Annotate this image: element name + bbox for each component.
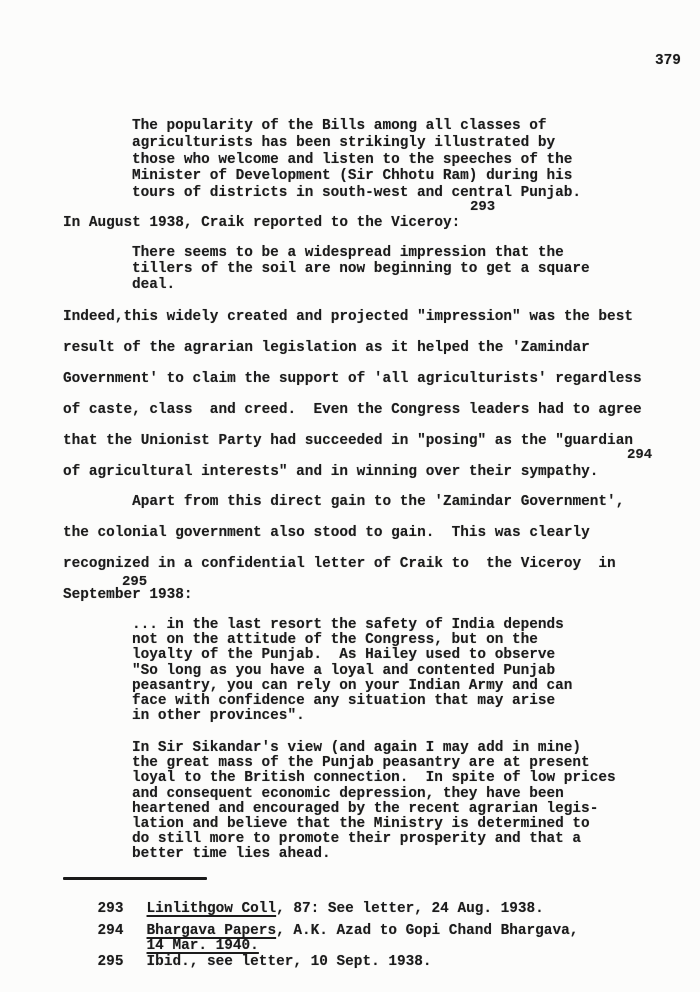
footnote-separator [63, 877, 207, 880]
page-number: 379 [655, 53, 681, 69]
paragraph-august-1938: In August 1938, Craik reported to the Vi… [63, 215, 460, 231]
block-quote-sikandar-view: In Sir Sikandar's view (and again I may … [132, 741, 616, 863]
block-quote-square-deal: There seems to be a widespread impressio… [132, 245, 590, 293]
block-quote-popularity: The popularity of the Bills among all cl… [132, 118, 581, 202]
scanned-page: 379 The popularity of the Bills among al… [0, 0, 700, 992]
footnote-ref-293: 293 [470, 199, 495, 215]
footnote-number: 295 [98, 955, 147, 970]
footnote-ref-295: 295 [122, 574, 147, 590]
footnote-text: , A.K. Azad to Gopi Chand Bhargava, [276, 923, 578, 939]
footnote-text: Ibid., see letter, 10 Sept. 1938. [147, 954, 432, 970]
paragraph-indeed-impression: Indeed,this widely created and projected… [63, 302, 642, 488]
block-quote-safety-of-india: ... in the last resort the safety of Ind… [132, 618, 572, 724]
footnote-item-295: 295Ibid., see letter, 10 Sept. 1938. [63, 940, 432, 986]
paragraph-apart-from-gain: Apart from this direct gain to the 'Zami… [63, 487, 624, 611]
footnote-ref-294: 294 [627, 447, 652, 463]
